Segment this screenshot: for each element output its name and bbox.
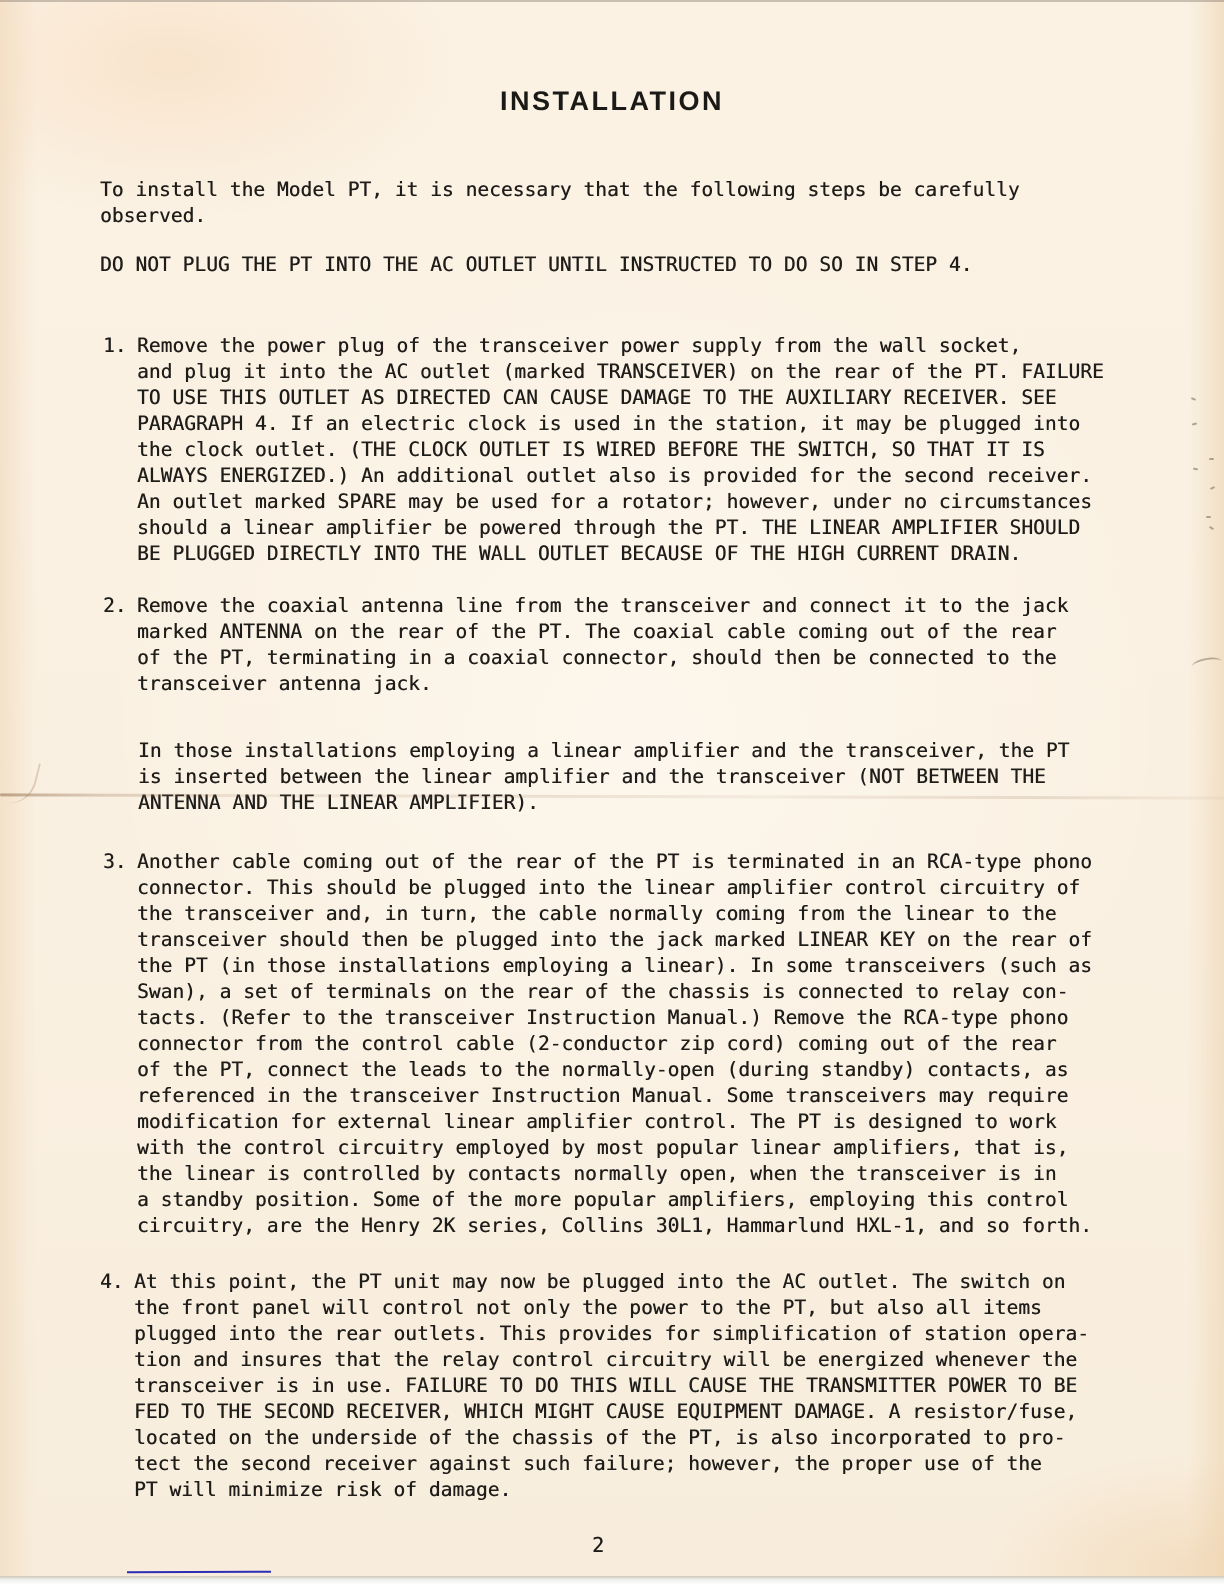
warning-paragraph: DO NOT PLUG THE PT INTO THE AC OUTLET UN… xyxy=(100,252,972,278)
step-3-text: Another cable coming out of the rear of … xyxy=(137,849,1092,1239)
step-1-text: Remove the power plug of the transceiver… xyxy=(137,333,1104,567)
step-2: 2. Remove the coaxial antenna line from … xyxy=(103,593,1068,697)
page-title: INSTALLATION xyxy=(0,86,1224,117)
step-2-continuation: In those installations employing a linea… xyxy=(138,738,1069,816)
intro-paragraph: To install the Model PT, it is necessary… xyxy=(100,177,1020,229)
step-3-number: 3. xyxy=(103,849,137,1239)
scan-speck xyxy=(1209,458,1214,460)
step-2-text: Remove the coaxial antenna line from the… xyxy=(137,593,1068,697)
step-4-number: 4. xyxy=(100,1269,134,1503)
scan-edge-top xyxy=(0,0,1224,2)
step-2-number: 2. xyxy=(103,593,137,697)
step-1: 1. Remove the power plug of the transcei… xyxy=(103,333,1104,567)
step-3: 3. Another cable coming out of the rear … xyxy=(103,849,1092,1239)
step-4: 4. At this point, the PT unit may now be… xyxy=(100,1269,1089,1503)
scan-edge-bottom xyxy=(0,1576,1224,1584)
step-1-number: 1. xyxy=(103,333,137,567)
scan-speck xyxy=(1206,516,1211,518)
page-number: 2 xyxy=(0,1533,1196,1557)
step-4-text: At this point, the PT unit may now be pl… xyxy=(134,1269,1089,1503)
